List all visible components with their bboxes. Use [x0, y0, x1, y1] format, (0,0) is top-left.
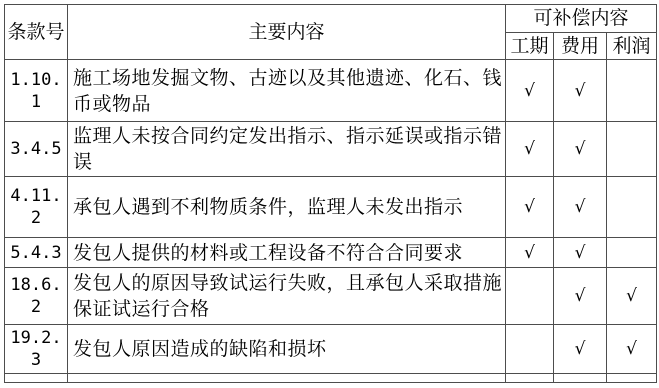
- clause-line: 2: [5, 296, 67, 318]
- cost-check-cell: √: [554, 60, 607, 122]
- table-row: 3.4.5 监理人未按合同约定发出指示、指示延误或指示错误 √ √: [5, 122, 657, 177]
- content-cell: 施工场地发掘文物、古迹以及其他遗迹、化石、钱币或物品: [68, 60, 506, 122]
- clause-cell: 1.10. 1: [5, 60, 68, 122]
- table-row: 5.4.3 发包人提供的材料或工程设备不符合合同要求 √ √: [5, 238, 657, 268]
- cost-check-cell: √: [554, 238, 607, 268]
- table-row: 1.10. 1 施工场地发掘文物、古迹以及其他遗迹、化石、钱币或物品 √ √: [5, 60, 657, 122]
- content-cell: 发包人的原因导致试运行失败，且承包人采取措施保证试运行合格: [68, 268, 506, 325]
- header-cost: 费用: [554, 33, 607, 60]
- clause-line: 19.2.: [5, 327, 67, 349]
- duration-check-cell: √: [506, 177, 554, 238]
- clause-line: 18.6.: [5, 274, 67, 296]
- header-profit: 利润: [607, 33, 657, 60]
- duration-check-cell: [506, 374, 554, 383]
- clause-line: 1.10.: [5, 69, 67, 91]
- content-cell: 发包人提供的材料或工程设备不符合合同要求: [68, 238, 506, 268]
- clause-cell: 3.4.5: [5, 122, 68, 177]
- profit-check-cell: √: [607, 325, 657, 374]
- compensation-clause-table: 条款号 主要内容 可补偿内容 工期 费用 利润 1.10. 1 施工场地发掘文物…: [4, 4, 657, 383]
- clause-line: 1: [5, 91, 67, 113]
- table-header: 条款号 主要内容 可补偿内容 工期 费用 利润: [5, 5, 657, 60]
- clause-cell: 5.4.3: [5, 238, 68, 268]
- table-body: 1.10. 1 施工场地发掘文物、古迹以及其他遗迹、化石、钱币或物品 √ √ 3…: [5, 60, 657, 383]
- cost-check-cell: √: [554, 122, 607, 177]
- clause-line: 5.4.3: [5, 242, 67, 264]
- duration-check-cell: √: [506, 122, 554, 177]
- clause-line: 4.11.: [5, 185, 67, 207]
- duration-check-cell: [506, 325, 554, 374]
- clause-line: 3: [5, 349, 67, 371]
- profit-check-cell: √: [607, 268, 657, 325]
- duration-check-cell: √: [506, 60, 554, 122]
- profit-check-cell: [607, 122, 657, 177]
- clause-line: 2: [5, 207, 67, 229]
- header-compensable-group: 可补偿内容: [506, 5, 657, 33]
- content-cell: [68, 374, 506, 383]
- duration-check-cell: [506, 268, 554, 325]
- cost-check-cell: √: [554, 177, 607, 238]
- clause-cell: [5, 374, 68, 383]
- content-cell: 发包人原因造成的缺陷和损坏: [68, 325, 506, 374]
- clause-cell: 18.6. 2: [5, 268, 68, 325]
- clause-cell: 4.11. 2: [5, 177, 68, 238]
- cost-check-cell: √: [554, 325, 607, 374]
- duration-check-cell: √: [506, 238, 554, 268]
- header-main-content: 主要内容: [68, 5, 506, 60]
- profit-check-cell: [607, 177, 657, 238]
- content-cell: 监理人未按合同约定发出指示、指示延误或指示错误: [68, 122, 506, 177]
- cost-check-cell: [554, 374, 607, 383]
- table-row: 4.11. 2 承包人遇到不利物质条件，监理人未发出指示 √ √: [5, 177, 657, 238]
- cost-check-cell: √: [554, 268, 607, 325]
- header-clause-number: 条款号: [5, 5, 68, 60]
- header-row-top: 条款号 主要内容 可补偿内容: [5, 5, 657, 33]
- table-row-partial: [5, 374, 657, 383]
- table-row: 18.6. 2 发包人的原因导致试运行失败，且承包人采取措施保证试运行合格 √ …: [5, 268, 657, 325]
- header-duration: 工期: [506, 33, 554, 60]
- clause-line: 3.4.5: [5, 138, 67, 160]
- clause-cell: 19.2. 3: [5, 325, 68, 374]
- profit-check-cell: [607, 238, 657, 268]
- profit-check-cell: [607, 374, 657, 383]
- profit-check-cell: [607, 60, 657, 122]
- table-row: 19.2. 3 发包人原因造成的缺陷和损坏 √ √: [5, 325, 657, 374]
- content-cell: 承包人遇到不利物质条件，监理人未发出指示: [68, 177, 506, 238]
